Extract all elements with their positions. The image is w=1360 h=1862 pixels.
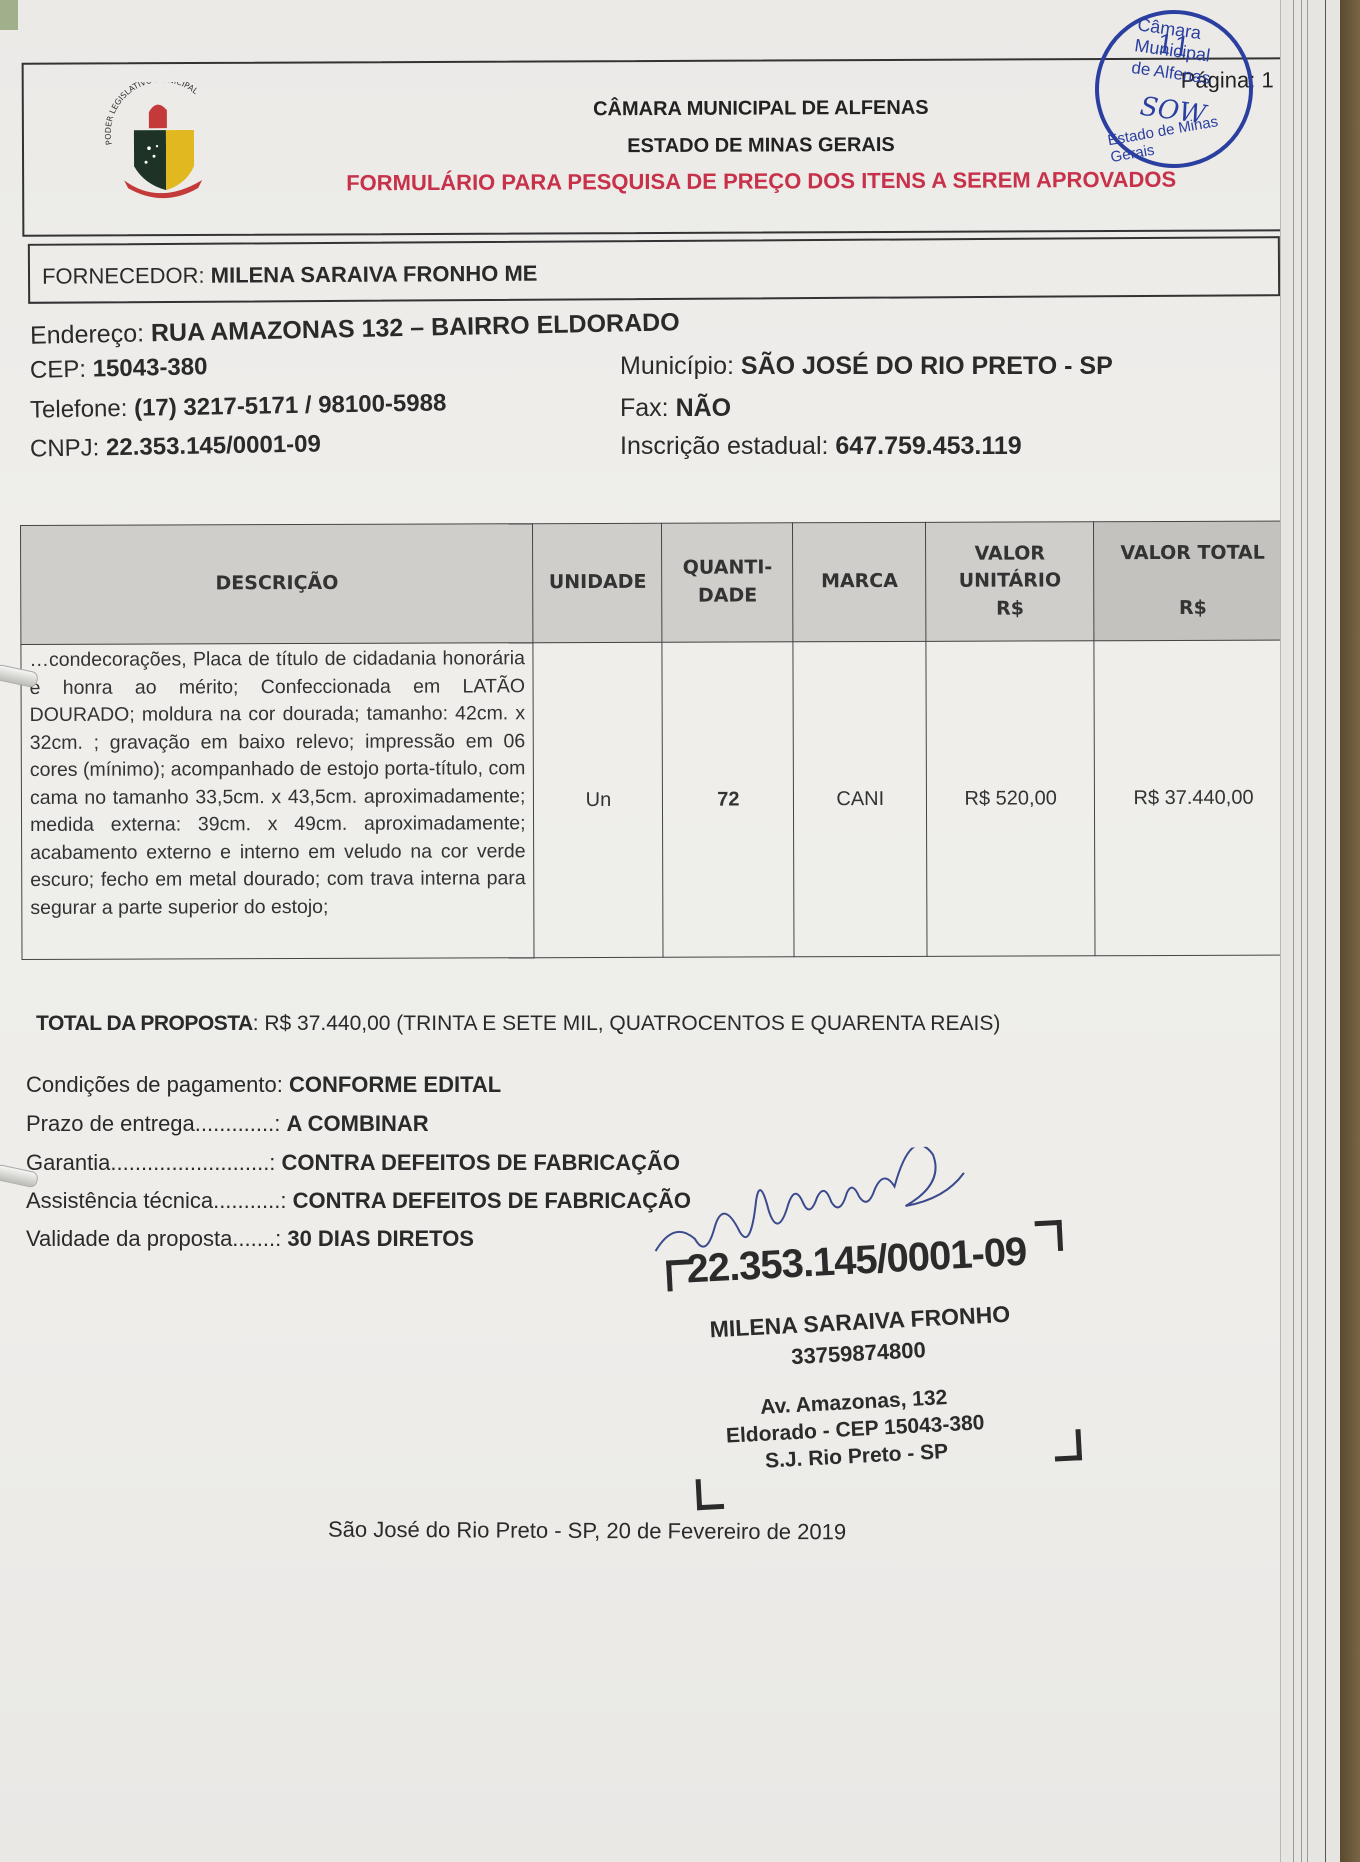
header-state: ESTADO DE MINAS GERAIS [24,132,1288,161]
document-page: PODER LEGISLATIVO MUNICIPAL CÂMARA MUNIC… [0,0,1301,1862]
company-stamp: 22.353.145/0001-09 MILENA SARAIVA FRONHO… [631,1138,1109,1522]
fax-row: Fax: NÃO [620,394,731,423]
cell-brand: CANI [793,641,927,956]
stamp-handwritten-number: 11 [1155,29,1192,63]
col-header-unit-price: VALOR UNITÁRIO R$ [926,522,1094,642]
cep-value: 15043-380 [92,353,207,382]
supplier-label: FORNECEDOR: [42,263,205,289]
stamp-id-number: 33759874800 [791,1337,927,1370]
condition-label: Assistência técnica...........: [26,1188,286,1213]
phone-label: Telefone: [30,395,128,424]
cnpj-row: CNPJ: 22.353.145/0001-09 [30,430,321,463]
fax-value: NÃO [676,394,732,422]
cell-quantity: 72 [662,642,794,957]
page-corner-shadow [0,0,18,30]
condition-label: Condições de pagamento: [26,1072,283,1097]
municipality-row: Município: SÃO JOSÉ DO RIO PRETO - SP [620,352,1113,381]
stamp-company-name: MILENA SARAIVA FRONHO [709,1301,1011,1344]
cell-unit-price: R$ 520,00 [926,641,1095,957]
state-registration-label: Inscrição estadual: [620,432,828,460]
cnpj-value: 22.353.145/0001-09 [106,430,321,461]
table-header-row: DESCRIÇÃO UNIDADE QUANTI- DADE MARCA VAL… [21,521,1292,644]
col-header-unit-price-line2: UNITÁRIO [959,570,1062,592]
condition-warranty: Garantia..........................: CONT… [26,1150,680,1176]
municipality-value: SÃO JOSÉ DO RIO PRETO - SP [741,352,1113,380]
address-label: Endereço: [30,319,145,349]
address-row: Endereço: RUA AMAZONAS 132 – BAIRRO ELDO… [30,308,680,351]
table-row: …condecorações, Placa de título de cidad… [21,640,1293,959]
condition-label: Garantia..........................: [26,1150,275,1175]
condition-validity: Validade da proposta.......: 30 DIAS DIR… [26,1226,474,1252]
items-table: DESCRIÇÃO UNIDADE QUANTI- DADE MARCA VAL… [20,521,1294,960]
col-header-description: DESCRIÇÃO [21,524,534,645]
supplier-box: FORNECEDOR: MILENA SARAIVA FRONHO ME [28,236,1280,304]
condition-value: CONFORME EDITAL [289,1072,501,1097]
cell-description: …condecorações, Placa de título de cidad… [21,643,535,960]
col-header-total-price-line1: VALOR TOTAL [1120,541,1264,564]
condition-value: 30 DIAS DIRETOS [287,1226,474,1251]
cell-total-price: R$ 37.440,00 [1094,640,1293,956]
condition-label: Prazo de entrega.............: [26,1111,280,1136]
condition-value: CONTRA DEFEITOS DE FABRICAÇÃO [293,1188,691,1213]
condition-value: A COMBINAR [286,1111,428,1136]
supplier-name: MILENA SARAIVA FRONHO ME [211,261,538,288]
col-header-total-price-line2: R$ [1179,597,1207,619]
state-registration-value: 647.759.453.119 [835,432,1021,460]
stamp-corner-mark [696,1478,725,1510]
col-header-total-price: VALOR TOTAL R$ [1094,521,1292,641]
proposal-total-value: : R$ 37.440,00 (TRINTA E SETE MIL, QUATR… [253,1012,1001,1035]
condition-payment: Condições de pagamento: CONFORME EDITAL [26,1072,501,1098]
proposal-total: TOTAL DA PROPOSTA: R$ 37.440,00 (TRINTA … [36,1012,1000,1036]
col-header-brand: MARCA [793,522,926,641]
stamp-corner-mark [1054,1429,1083,1461]
stamp-address: Av. Amazonas, 132 Eldorado - CEP 15043-3… [683,1380,1027,1479]
condition-label: Validade da proposta.......: [26,1226,281,1251]
state-registration-row: Inscrição estadual: 647.759.453.119 [620,432,1022,461]
form-title: FORMULÁRIO PARA PESQUISA DE PREÇO DOS IT… [24,166,1288,198]
condition-value: CONTRA DEFEITOS DE FABRICAÇÃO [282,1150,680,1175]
phone-row: Telefone: (17) 3217-5171 / 98100-5988 [30,389,447,424]
address-value: RUA AMAZONAS 132 – BAIRRO ELDORADO [151,308,680,347]
supplier-name-row: FORNECEDOR: MILENA SARAIVA FRONHO ME [42,261,538,290]
cnpj-label: CNPJ: [30,434,100,462]
cep-row: CEP: 15043-380 [30,353,208,385]
cep-label: CEP: [30,356,87,384]
col-header-quantity-line2: DADE [698,584,757,606]
cell-unit: Un [533,642,663,957]
fax-label: Fax: [620,394,669,422]
page-stack-edges [1280,0,1343,1862]
col-header-unit: UNIDADE [533,523,662,642]
condition-tech-support: Assistência técnica...........: CONTRA D… [26,1188,691,1214]
col-header-quantity: QUANTI- DADE [662,523,793,642]
phone-value: (17) 3217-5171 / 98100-5988 [134,389,447,421]
place-and-date: São José do Rio Preto - SP, 20 de Fevere… [328,1517,846,1546]
col-header-unit-price-line3: R$ [996,597,1024,619]
proposal-total-label: TOTAL DA PROPOSTA [36,1012,253,1035]
municipality-label: Município: [620,352,734,380]
col-header-quantity-line1: QUANTI- [683,557,773,579]
col-header-unit-price-line1: VALOR [975,542,1045,564]
desk-surface [1340,0,1360,1862]
condition-delivery: Prazo de entrega.............: A COMBINA… [26,1111,429,1137]
stamp-corner-mark [1035,1220,1064,1252]
